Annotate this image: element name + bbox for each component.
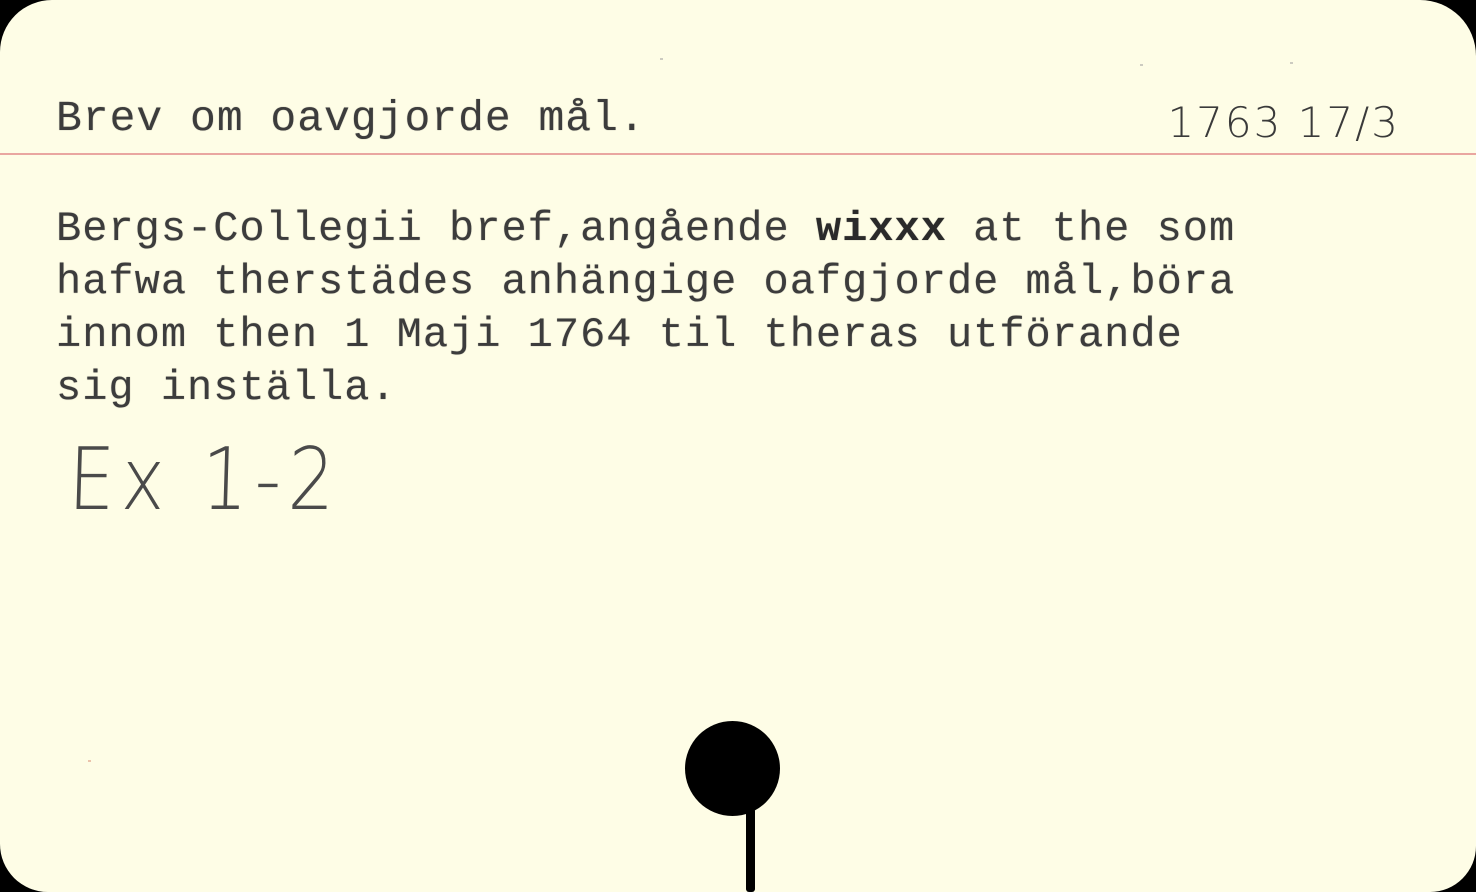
header-ruled-line [0, 153, 1476, 155]
binding-string-icon [746, 808, 755, 892]
body-line-text: hafwa therstädes anhängige oafgjorde mål… [56, 258, 1235, 306]
paper-speck [660, 58, 663, 60]
body-line-text: sig inställa. [56, 364, 397, 412]
body-line: innom then 1 Maji 1764 til theras utföra… [56, 309, 1436, 362]
struck-out-word: wixxx [816, 205, 947, 253]
paper-speck [88, 760, 91, 762]
card-title: Brev om oavgjorde mål. [56, 94, 646, 144]
paper-speck [1290, 62, 1293, 64]
card-date: 1763 17/3 [1167, 98, 1400, 148]
body-line: Bergs-Collegii bref,angående wixxx at th… [56, 203, 1436, 256]
punch-hole-icon [685, 721, 780, 816]
body-line-text: at the som [947, 205, 1235, 253]
body-line-text: Bergs-Collegii bref,angående [56, 205, 816, 253]
body-line: sig inställa. [56, 362, 1436, 415]
body-line-text: innom then 1 Maji 1764 til theras utföra… [56, 311, 1183, 359]
body-line: hafwa therstädes anhängige oafgjorde mål… [56, 256, 1436, 309]
card-body: Bergs-Collegii bref,angående wixxx at th… [56, 203, 1436, 415]
handwritten-note: Ex 1-2 [67, 430, 343, 530]
index-card: Brev om oavgjorde mål. 1763 17/3 Bergs-C… [0, 0, 1476, 892]
paper-speck [1140, 64, 1143, 66]
